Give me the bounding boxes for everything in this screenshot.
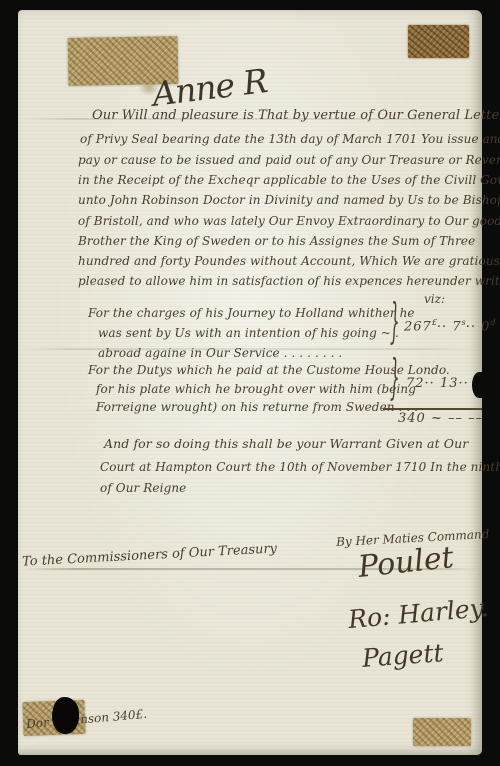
closing-line: of Our Reigne [100, 478, 186, 498]
paper-edge-notch [472, 372, 484, 398]
manuscript-scan: Anne R Our Will and pleasure is That by … [0, 0, 500, 766]
body-line: Brother the King of Sweden or to his Ass… [78, 231, 475, 251]
body-line: hundred and forty Poundes without Accoun… [78, 251, 500, 271]
signature-pagett: Pagett [361, 638, 444, 673]
total-amount: 340 ~ –– –– [398, 411, 483, 426]
amount-shillings: 7 [452, 319, 461, 334]
amount-shillings: 13 [440, 376, 459, 391]
body-line: pleased to allowe him in satisfaction of… [78, 271, 500, 291]
amount-separator: ·· [459, 376, 469, 391]
amount-separator: ·· [425, 376, 435, 391]
total-rule [383, 408, 482, 410]
expense-item-line: was sent by Us with an intention of his … [98, 323, 399, 343]
amount-pounds: 72 [406, 376, 425, 391]
closing-line: And for so doing this shall be your Warr… [104, 434, 468, 454]
body-line: Our Will and pleasure is That by vertue … [92, 106, 500, 126]
pence-mark: d [490, 318, 495, 327]
seal-blob [52, 697, 79, 734]
body-line: of Bristoll, and who was lately Our Envo… [78, 211, 500, 231]
body-line: in the Receipt of the Excheqr applicable… [78, 170, 500, 190]
amount-separator: ·· [466, 319, 476, 334]
amount-value: 267£·· 7s·· 0d [404, 318, 496, 334]
body-line: pay or cause to be issued and paid out o… [78, 150, 500, 170]
body-line: unto John Robinson Doctor in Divinity an… [78, 190, 500, 210]
tape-patch-bottom-right [413, 718, 471, 746]
tape-patch-top-right [408, 25, 469, 58]
amount-pence: 0 [481, 319, 490, 334]
closing-line: Court at Hampton Court the 10th of Novem… [100, 457, 500, 477]
body-line: of Privy Seal bearing date the 13th day … [80, 129, 500, 149]
viz-note: viz: [424, 292, 445, 306]
curly-brace: } [390, 292, 400, 350]
expense-item-line: Forreigne wrought) on his returne from S… [96, 397, 418, 417]
expense-item-line: For the charges of his Journey to Hollan… [88, 303, 415, 323]
amount-pounds: 267 [404, 319, 432, 334]
amount-separator: ·· [437, 319, 447, 334]
expense-item-line: for his plate which he brought over with… [96, 379, 416, 399]
curly-brace: } [390, 348, 400, 406]
